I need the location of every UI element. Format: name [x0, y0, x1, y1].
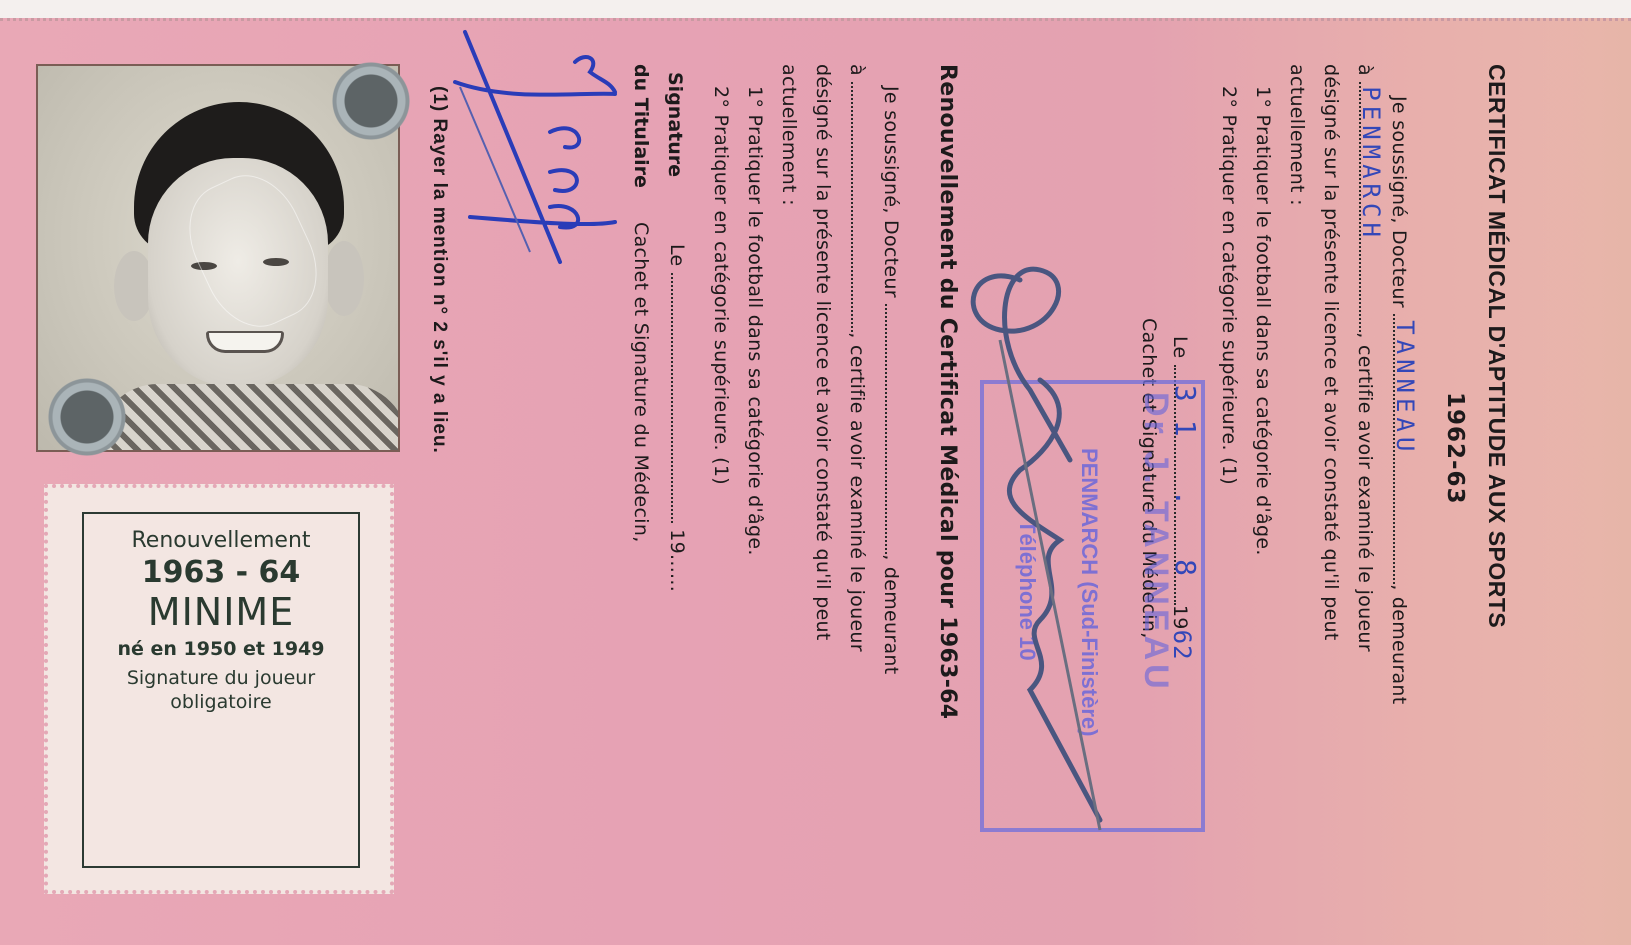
renewal-line2: à , certifie avoir examiné le joueur [846, 64, 868, 652]
text: désigné sur la présente licence et avoir… [1320, 64, 1342, 641]
stamp-category: MINIME [84, 590, 358, 634]
renewal-signature-label: Cachet et Signature du Médecin, [630, 222, 652, 543]
renewal-option2: 2° Pratiquer en catégorie supérieure. (1… [710, 86, 732, 485]
photo-shirt [98, 384, 400, 452]
town-handwritten: PENMARCH [1357, 86, 1385, 242]
text: 2° Pratiquer en catégorie supérieure. (1… [1218, 86, 1240, 485]
text: Renouvellement du Certificat Médical pou… [935, 64, 960, 719]
text: , demeurant [880, 554, 902, 674]
renewal-stamp: Renouvellement 1963 - 64 MINIME né en 19… [44, 484, 394, 894]
text: actuellement : [1286, 64, 1308, 206]
text: , demeurant [1388, 584, 1410, 704]
paper-edge [1571, 21, 1631, 945]
text: à [846, 64, 868, 76]
text: désigné sur la présente licence et avoir… [812, 64, 834, 641]
stamp-season: 1963 - 64 [84, 555, 358, 590]
text: 2° Pratiquer en catégorie supérieure. (1… [710, 86, 732, 485]
text: Signature [664, 72, 686, 177]
doctor-name-handwritten: TANNEAU [1391, 320, 1419, 456]
town-field[interactable]: PENMARCH [1359, 82, 1363, 332]
text: à [1354, 64, 1376, 76]
renewal-heading: Renouvellement du Certificat Médical pou… [935, 64, 960, 719]
text: Le [1169, 336, 1191, 359]
text: 19...... [666, 529, 688, 592]
title-text: CERTIFICAT MÉDICAL D'APTITUDE AUX SPORTS [1484, 64, 1510, 628]
footnote: (1) Rayer la mention n° 2 s'il y a lieu. [428, 86, 450, 454]
text: Je soussigné, Docteur [880, 86, 902, 298]
eyelet-icon [48, 378, 126, 456]
cert-1962-option2: 2° Pratiquer en catégorie supérieure. (1… [1218, 86, 1240, 485]
renewal-option1: 1° Pratiquer le football dans sa catégor… [744, 86, 766, 556]
stamp-birth-years: né en 1950 et 1949 [84, 638, 358, 660]
text: obligatoire [84, 690, 358, 714]
doctor-signature [960, 260, 1140, 840]
renewal-doctor-field[interactable] [885, 304, 889, 554]
text: du Titulaire [630, 64, 652, 188]
text: 1° Pratiquer le football dans sa catégor… [1252, 86, 1274, 556]
text: Dr J. TANNEAU [1137, 392, 1175, 693]
holder-signature [450, 22, 620, 282]
cert-1962-line2: à PENMARCH , certifie avoir examiné le j… [1354, 64, 1376, 652]
photo-mouth [206, 331, 284, 353]
season-text: 1962-63 [1442, 392, 1468, 505]
renewal-line3: désigné sur la présente licence et avoir… [812, 64, 834, 641]
renewal-line4: actuellement : [778, 64, 800, 206]
text: Cachet et Signature du Médecin, [630, 222, 652, 543]
text: , certifie avoir examiné le joueur [1354, 332, 1376, 652]
holder-signature-label-1: Signature [664, 72, 686, 177]
text: Le [666, 244, 688, 267]
holder-signature-label-2: du Titulaire [630, 64, 652, 188]
doctor-stamp-name: Dr J. TANNEAU [1136, 392, 1175, 693]
renewal-town-field[interactable] [851, 82, 855, 332]
cert-1962-line4: actuellement : [1286, 64, 1308, 206]
cert-1962-option1: 1° Pratiquer le football dans sa catégor… [1252, 86, 1274, 556]
text: Signature du joueur [84, 666, 358, 690]
cert-1962-line1: Je soussigné, Docteur TANNEAU , demeuran… [1388, 96, 1410, 705]
renewal-date: Le 19...... [666, 244, 688, 592]
text: , certifie avoir examiné le joueur [846, 332, 868, 652]
eyelet-icon [332, 62, 410, 140]
document-title: CERTIFICAT MÉDICAL D'APTITUDE AUX SPORTS [1483, 64, 1510, 628]
photo-ear [324, 241, 364, 316]
doctor-name-field[interactable]: TANNEAU [1393, 314, 1397, 584]
season-label: 1962-63 [1442, 392, 1468, 505]
cert-1962-line3: désigné sur la présente licence et avoir… [1320, 64, 1342, 641]
renewal-date-field[interactable] [671, 273, 675, 523]
renewal-stamp-frame: Renouvellement 1963 - 64 MINIME né en 19… [82, 512, 360, 868]
stamp-renewal-label: Renouvellement [84, 528, 358, 553]
text: actuellement : [778, 64, 800, 206]
renewal-line1: Je soussigné, Docteur , demeurant [880, 86, 902, 675]
text: (1) Rayer la mention n° 2 s'il y a lieu. [429, 86, 450, 454]
stamp-signature-note: Signature du joueur obligatoire [84, 666, 358, 714]
text: Je soussigné, Docteur [1388, 96, 1410, 308]
text: 1° Pratiquer le football dans sa catégor… [744, 86, 766, 556]
